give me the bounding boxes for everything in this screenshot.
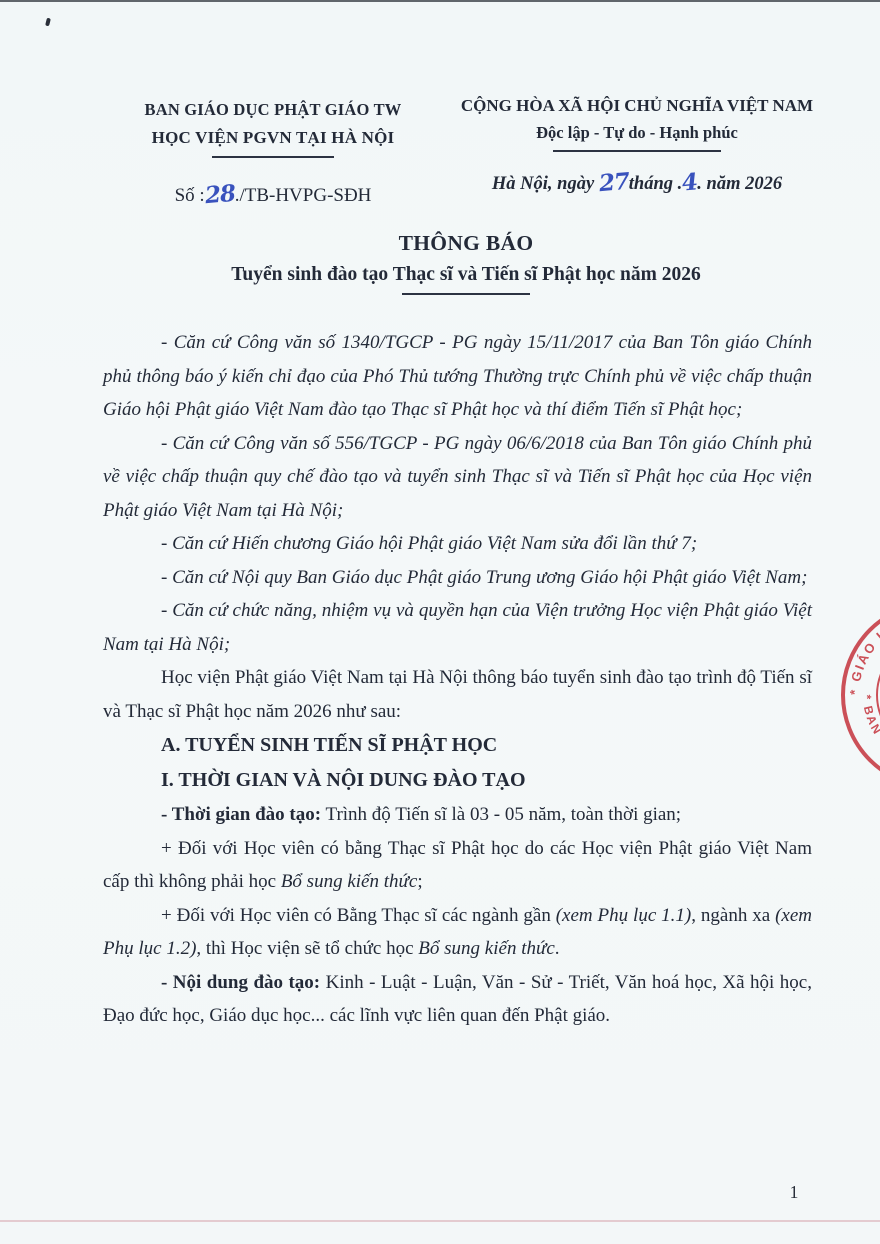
scan-edge-top [0, 0, 880, 2]
training-duration-label: - Thời gian đào tạo: [161, 804, 321, 825]
legal-basis-paragraph: - Căn cứ Công văn số 556/TGCP - PG ngày … [103, 427, 812, 528]
exemption-italic: Bổ sung kiến thức [281, 871, 417, 892]
training-content-label: - Nội dung đào tạo: [161, 972, 320, 993]
supplement-end: . [555, 938, 560, 959]
supplement-paragraph: + Đối với Học viên có Bằng Thạc sĩ các n… [103, 899, 812, 966]
training-duration-paragraph: - Thời gian đào tạo: Trình độ Tiến sĩ là… [103, 798, 812, 832]
national-motto-block: CỘNG HÒA XÃ HỘI CHỦ NGHĨA VIỆT NAM Độc l… [448, 92, 826, 195]
legal-basis-paragraph: - Căn cứ chức năng, nhiệm vụ và quyền hạ… [103, 594, 812, 661]
doc-no-prefix: Số : [175, 185, 205, 206]
training-content-paragraph: - Nội dung đào tạo: Kinh - Luật - Luận, … [103, 966, 812, 1033]
document-subtitle: Tuyển sinh đào tạo Thạc sĩ và Tiến sĩ Ph… [110, 260, 822, 290]
national-motto: Độc lập - Tự do - Hạnh phúc [448, 120, 826, 146]
announcement-intro-paragraph: Học viện Phật giáo Việt Nam tại Hà Nội t… [103, 661, 812, 728]
date-place-line: Hà Nội, ngày 27tháng .4. năm 2026 [448, 168, 826, 195]
national-title: CỘNG HÒA XÃ HỘI CHỦ NGHĨA VIỆT NAM [448, 92, 826, 120]
doc-no-suffix: ./TB-HVPG-SĐH [235, 185, 372, 206]
date-prefix: Hà Nội, ngày [492, 174, 599, 194]
org-name-line1: BAN GIÁO DỤC PHẬT GIÁO TW [112, 96, 434, 124]
document-body: - Căn cứ Công văn số 1340/TGCP - PG ngày… [103, 326, 812, 1033]
legal-basis-paragraph: - Căn cứ Nội quy Ban Giáo dục Phật giáo … [103, 561, 812, 595]
document-title-block: THÔNG BÁO Tuyển sinh đào tạo Thạc sĩ và … [110, 230, 822, 295]
motto-underline-rule [553, 150, 721, 152]
legal-basis-paragraph: - Căn cứ Hiến chương Giáo hội Phật giáo … [103, 527, 812, 561]
supplement-italic: Bổ sung kiến thức [418, 938, 554, 959]
date-month-handwritten: 4 [681, 168, 698, 196]
supplement-text-3: , thì Học viện sẽ tổ chức học [196, 938, 418, 959]
section-i-heading: I. THỜI GIAN VÀ NỘI DUNG ĐÀO TẠO [103, 763, 812, 798]
stamp-arc-text-bottom: * BAN GIÁO DỤC PHẬT GIÁO TW [805, 565, 880, 770]
legal-basis-paragraph: - Căn cứ Công văn số 1340/TGCP - PG ngày… [103, 326, 812, 427]
supplement-text-2: , ngành xa [691, 905, 775, 926]
scanned-document-page: BAN GIÁO DỤC PHẬT GIÁO TW HỌC VIỆN PGVN … [0, 0, 880, 1244]
issuing-organization-block: BAN GIÁO DỤC PHẬT GIÁO TW HỌC VIỆN PGVN … [112, 96, 434, 207]
doc-no-handwritten: 28 [204, 180, 236, 210]
training-duration-text: Trình độ Tiến sĩ là 03 - 05 năm, toàn th… [321, 804, 681, 825]
org-name-line2: HỌC VIỆN PGVN TẠI HÀ NỘI [112, 124, 434, 152]
scan-artifact-line [0, 1220, 880, 1222]
title-underline-rule [402, 293, 530, 295]
official-red-stamp-icon: * GIÁO HỘI PHẬT GIÁO VIỆT NAM * BAN GIÁO… [805, 565, 880, 825]
org-underline-rule [212, 156, 334, 158]
page-number: 1 [782, 1182, 806, 1203]
date-day-handwritten: 27 [598, 168, 630, 198]
document-title: THÔNG BÁO [110, 230, 822, 256]
supplement-text-1: + Đối với Học viên có Bằng Thạc sĩ các n… [161, 905, 556, 926]
date-suffix: . năm 2026 [697, 174, 782, 194]
exemption-paragraph: + Đối với Học viên có bằng Thạc sĩ Phật … [103, 832, 812, 899]
svg-text:* BAN GIÁO DỤC PHẬT GIÁO TW: * BAN GIÁO DỤC PHẬT GIÁO TW [805, 565, 880, 770]
exemption-end: ; [417, 871, 422, 892]
ink-speck [45, 18, 51, 27]
appendix-1-1-ref: (xem Phụ lục 1.1) [556, 905, 692, 926]
section-a-heading: A. TUYỂN SINH TIẾN SĨ PHẬT HỌC [103, 728, 812, 763]
date-mid: tháng . [629, 174, 682, 194]
document-number-line: Số :28./TB-HVPG-SĐH [112, 180, 434, 207]
exemption-text: + Đối với Học viên có bằng Thạc sĩ Phật … [103, 838, 812, 893]
